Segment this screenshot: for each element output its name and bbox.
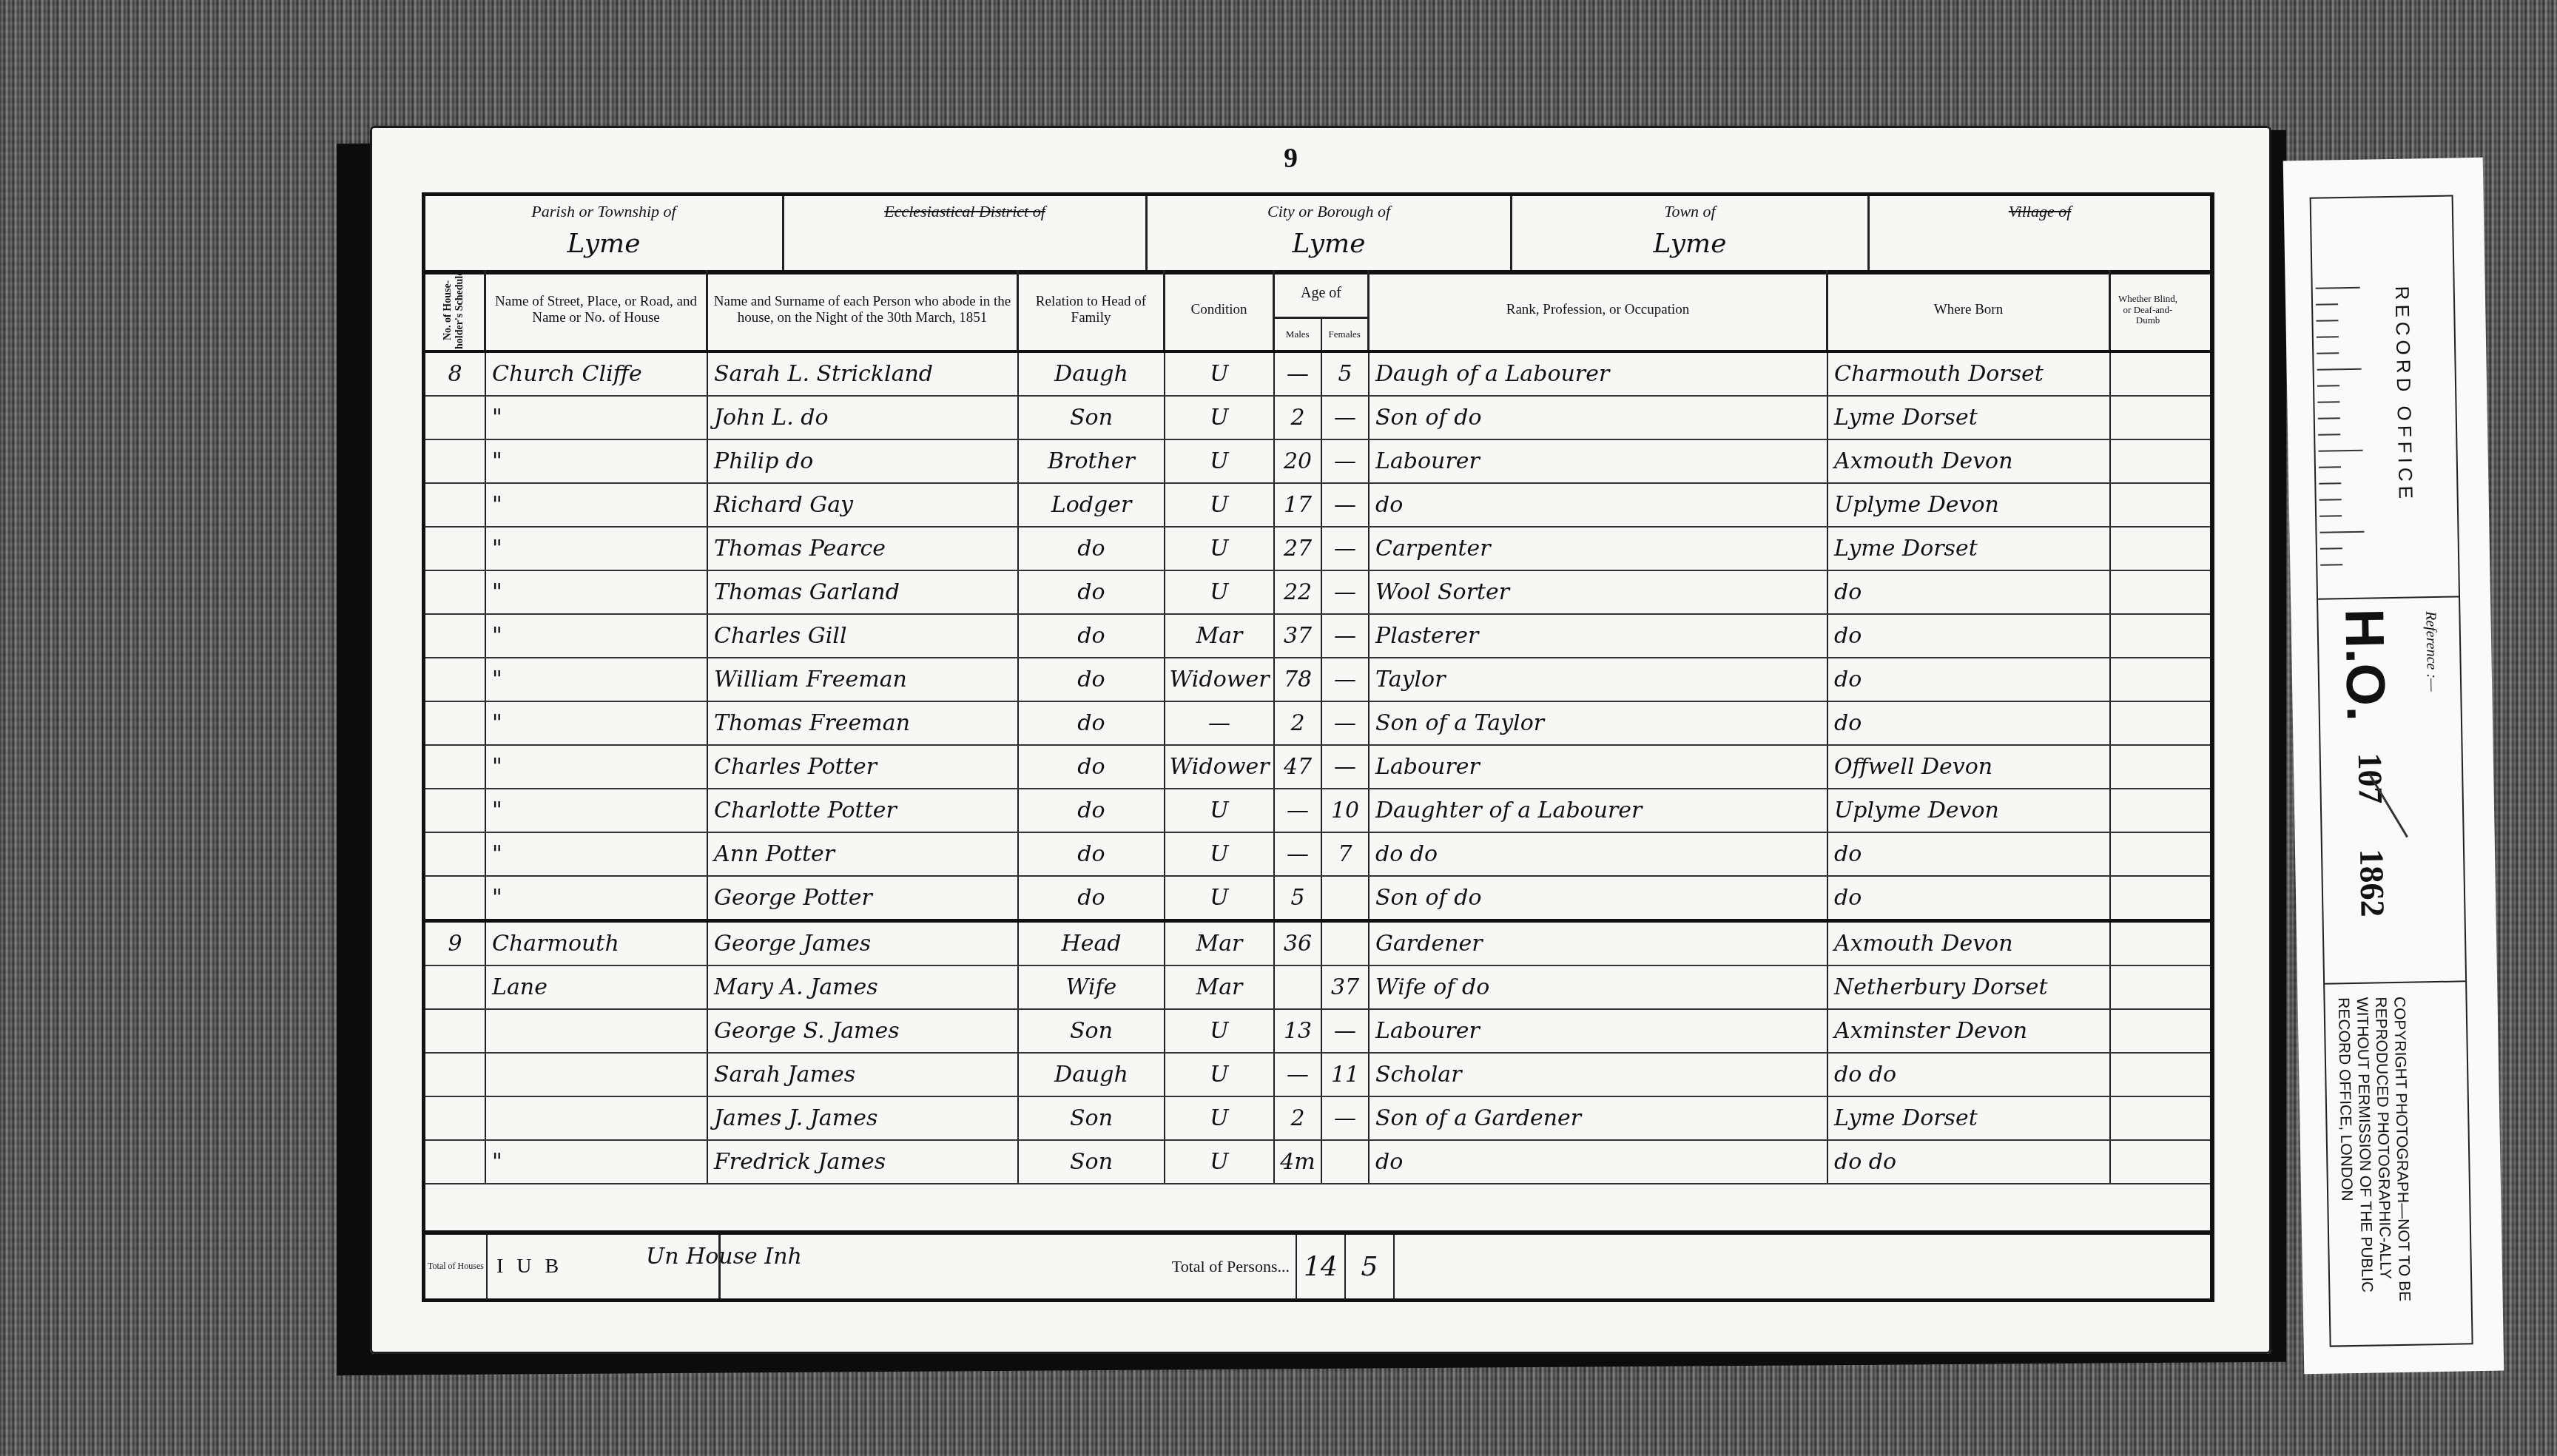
street-cell: " <box>486 833 708 875</box>
occupation-cell: Wool Sorter <box>1370 571 1828 613</box>
where-born-cell: do do <box>1828 1054 2111 1096</box>
relation-cell: Lodger <box>1019 484 1165 526</box>
age-male-cell: 78 <box>1275 658 1322 701</box>
age-female-cell: — <box>1322 1097 1370 1139</box>
ruler-tick <box>2320 515 2342 517</box>
occupation-cell: Son of a Taylor <box>1370 702 1828 744</box>
where-born-cell: Axminster Devon <box>1828 1010 2111 1052</box>
relation-cell: Wife <box>1019 966 1165 1008</box>
table-row: George S. JamesSonU13—LabourerAxminster … <box>425 1010 2210 1054</box>
col-age: Age of MalesFemales <box>1275 270 1370 350</box>
table-row: "Philip doBrotherU20—LabourerAxmouth Dev… <box>425 440 2210 484</box>
age-male-cell: 17 <box>1275 484 1322 526</box>
schedule-no-cell <box>425 528 486 570</box>
age-male-cell: 37 <box>1275 615 1322 657</box>
census-form: Parish or Township of Lyme Ecclesiastica… <box>422 192 2214 1302</box>
ruler-tick <box>2317 336 2339 338</box>
column-headers: No. of House-holder's Schedule Name of S… <box>425 270 2210 353</box>
relation-cell: do <box>1019 702 1165 744</box>
schedule-no-cell <box>425 833 486 875</box>
condition-cell: U <box>1165 1097 1275 1139</box>
total-persons-label: Total of Persons... <box>721 1235 1296 1298</box>
ruler-tick <box>2317 385 2339 387</box>
name-cell: George James <box>708 923 1019 965</box>
census-page: 9 Parish or Township of Lyme Ecclesiasti… <box>370 126 2271 1354</box>
table-row: "John L. doSonU2—Son of doLyme Dorset <box>425 397 2210 440</box>
occupation-cell: Taylor <box>1370 658 1828 701</box>
occupation-cell: Gardener <box>1370 923 1828 965</box>
where-born-cell: do <box>1828 658 2111 701</box>
blind-deaf-cell <box>2111 1054 2185 1096</box>
village-label: Village of <box>1870 202 2210 221</box>
table-row: LaneMary A. JamesWifeMar37Wife of doNeth… <box>425 966 2210 1010</box>
relation-cell: do <box>1019 571 1165 613</box>
age-female-cell <box>1322 923 1370 965</box>
total-females: 5 <box>1344 1235 1393 1298</box>
street-cell: " <box>486 440 708 482</box>
females-label: Females <box>1322 319 1368 350</box>
parish-label: Parish or Township of <box>425 202 782 221</box>
age-male-cell: 2 <box>1275 397 1322 439</box>
condition-cell: U <box>1165 440 1275 482</box>
ruler-tick <box>2319 482 2341 485</box>
town-label: Town of <box>1512 202 1867 221</box>
totals-spacer <box>1393 1235 2210 1298</box>
age-female-cell <box>1322 877 1370 919</box>
schedule-no-cell <box>425 484 486 526</box>
col-where-born: Where Born <box>1828 270 2111 350</box>
borough-value: Lyme <box>1148 229 1510 259</box>
ecclesiastical-cell: Ecclesiastical District of <box>784 196 1148 270</box>
condition-cell: U <box>1165 397 1275 439</box>
street-cell: " <box>486 484 708 526</box>
schedule-no-cell <box>425 966 486 1008</box>
street-cell: " <box>486 877 708 919</box>
census-rows: 8Church CliffeSarah L. StricklandDaughU—… <box>425 353 2210 1184</box>
schedule-no-cell <box>425 397 486 439</box>
reference-box: Reference :— H.O. 107 1862 <box>2318 596 2465 984</box>
parish-value: Lyme <box>425 229 782 259</box>
age-female-cell: — <box>1322 746 1370 788</box>
relation-cell: do <box>1019 746 1165 788</box>
condition-cell: Mar <box>1165 966 1275 1008</box>
name-cell: Richard Gay <box>708 484 1019 526</box>
table-row: "Ann PotterdoU—7do dodo <box>425 833 2210 877</box>
name-cell: Thomas Freeman <box>708 702 1019 744</box>
total-houses-values: I U B <box>488 1235 721 1298</box>
street-cell: " <box>486 702 708 744</box>
name-cell: Thomas Pearce <box>708 528 1019 570</box>
age-female-cell: — <box>1322 1010 1370 1052</box>
blind-deaf-cell <box>2111 615 2185 657</box>
ruler-tick <box>2317 401 2339 403</box>
copyright-notice: COPYRIGHT PHOTOGRAPH—NOT TO BE REPRODUCE… <box>2334 997 2414 1346</box>
totals-row: Total of Houses I U B Total of Persons..… <box>425 1230 2210 1298</box>
schedule-no-cell <box>425 615 486 657</box>
name-cell: Fredrick James <box>708 1141 1019 1183</box>
blind-deaf-cell <box>2111 1010 2185 1052</box>
age-female-cell: — <box>1322 440 1370 482</box>
table-row: 8Church CliffeSarah L. StricklandDaughU—… <box>425 353 2210 397</box>
condition-cell: — <box>1165 702 1275 744</box>
where-born-cell: do <box>1828 615 2111 657</box>
blind-deaf-cell <box>2111 789 2185 832</box>
occupation-cell: Son of do <box>1370 397 1828 439</box>
age-male-cell: 47 <box>1275 746 1322 788</box>
occupation-cell: do do <box>1370 833 1828 875</box>
age-male-cell <box>1275 966 1322 1008</box>
condition-cell: Mar <box>1165 923 1275 965</box>
age-male-cell: 5 <box>1275 877 1322 919</box>
ruler-tick <box>2316 287 2360 289</box>
age-female-cell: — <box>1322 484 1370 526</box>
where-born-cell: Axmouth Devon <box>1828 440 2111 482</box>
street-cell: Lane <box>486 966 708 1008</box>
street-cell <box>486 1054 708 1096</box>
ruler-tick <box>2320 564 2342 566</box>
col-relation: Relation to Head of Family <box>1019 270 1165 350</box>
occupation-cell: Wife of do <box>1370 966 1828 1008</box>
table-row: "Charles GilldoMar37—Plastererdo <box>425 615 2210 658</box>
table-row: 9CharmouthGeorge JamesHeadMar36GardenerA… <box>425 923 2210 966</box>
age-female-cell: — <box>1322 571 1370 613</box>
blind-deaf-cell <box>2111 1141 2185 1183</box>
total-males: 14 <box>1296 1235 1344 1298</box>
occupation-cell: Plasterer <box>1370 615 1828 657</box>
street-cell <box>486 1097 708 1139</box>
age-male-cell: 22 <box>1275 571 1322 613</box>
schedule-no-cell <box>425 789 486 832</box>
occupation-cell: Labourer <box>1370 1010 1828 1052</box>
blind-deaf-cell <box>2111 1097 2185 1139</box>
where-born-cell: Offwell Devon <box>1828 746 2111 788</box>
where-born-cell: Axmouth Devon <box>1828 923 2111 965</box>
name-cell: Charles Gill <box>708 615 1019 657</box>
schedule-no-cell <box>425 440 486 482</box>
page-number: 9 <box>1284 142 1298 175</box>
schedule-no-cell <box>425 877 486 919</box>
occupation-cell: Scholar <box>1370 1054 1828 1096</box>
parish-cell: Parish or Township of Lyme <box>425 196 784 270</box>
where-born-cell: do <box>1828 877 2111 919</box>
record-office-label: RECORD OFFICE <box>2391 286 2417 503</box>
occupation-cell: do <box>1370 1141 1828 1183</box>
ruler-tick <box>2320 547 2342 550</box>
street-cell: " <box>486 571 708 613</box>
where-born-cell: Lyme Dorset <box>1828 397 2111 439</box>
blind-deaf-cell <box>2111 484 2185 526</box>
scale-ruler: RECORD OFFICE <box>2311 197 2459 600</box>
street-cell <box>486 1010 708 1052</box>
table-row: "Richard GayLodgerU17—doUplyme Devon <box>425 484 2210 528</box>
relation-cell: do <box>1019 615 1165 657</box>
name-cell: Sarah James <box>708 1054 1019 1096</box>
blind-deaf-cell <box>2111 966 2185 1008</box>
name-cell: Sarah L. Strickland <box>708 353 1019 395</box>
blind-deaf-cell <box>2111 528 2185 570</box>
col-street: Name of Street, Place, or Road, and Name… <box>486 270 708 350</box>
blind-deaf-cell <box>2111 833 2185 875</box>
age-male-cell: 4m <box>1275 1141 1322 1183</box>
relation-cell: Son <box>1019 397 1165 439</box>
where-born-cell: do <box>1828 833 2111 875</box>
occupation-cell: Carpenter <box>1370 528 1828 570</box>
table-row: "Thomas PearcedoU27—CarpenterLyme Dorset <box>425 528 2210 571</box>
blind-deaf-cell <box>2111 923 2185 965</box>
condition-cell: U <box>1165 877 1275 919</box>
ruler-tick <box>2318 417 2340 419</box>
total-houses-label: Total of Houses <box>425 1235 488 1298</box>
age-male-cell: 20 <box>1275 440 1322 482</box>
age-male-cell: 2 <box>1275 702 1322 744</box>
relation-cell: do <box>1019 789 1165 832</box>
where-born-cell: Lyme Dorset <box>1828 1097 2111 1139</box>
table-row: "Fredrick JamesSonU4mdodo do <box>425 1141 2210 1184</box>
where-born-cell: Lyme Dorset <box>1828 528 2111 570</box>
name-cell: Charlotte Potter <box>708 789 1019 832</box>
relation-cell: Son <box>1019 1141 1165 1183</box>
ecclesiastical-label: Ecclesiastical District of <box>784 202 1145 221</box>
age-female-cell: — <box>1322 397 1370 439</box>
blind-deaf-cell <box>2111 658 2185 701</box>
age-female-cell <box>1322 1141 1370 1183</box>
blind-deaf-cell <box>2111 440 2185 482</box>
relation-cell: do <box>1019 658 1165 701</box>
where-born-cell: Netherbury Dorset <box>1828 966 2111 1008</box>
schedule-no-cell <box>425 746 486 788</box>
condition-cell: Mar <box>1165 615 1275 657</box>
age-male-cell: 27 <box>1275 528 1322 570</box>
name-cell: William Freeman <box>708 658 1019 701</box>
blind-deaf-cell <box>2111 877 2185 919</box>
age-female-cell: 10 <box>1322 789 1370 832</box>
schedule-no-cell: 8 <box>425 353 486 395</box>
name-cell: George Potter <box>708 877 1019 919</box>
ruler-tick <box>2317 352 2339 354</box>
age-female-cell: 37 <box>1322 966 1370 1008</box>
blind-deaf-cell <box>2111 397 2185 439</box>
table-row: Sarah JamesDaughU—11Scholardo do <box>425 1054 2210 1097</box>
town-value: Lyme <box>1512 229 1867 259</box>
header-band: Parish or Township of Lyme Ecclesiastica… <box>425 196 2210 274</box>
ruler-tick <box>2316 303 2338 306</box>
houses-uninhabited: U <box>516 1255 531 1278</box>
where-born-cell: Uplyme Devon <box>1828 484 2111 526</box>
age-female-cell: — <box>1322 528 1370 570</box>
occupation-cell: Labourer <box>1370 746 1828 788</box>
blind-deaf-cell <box>2111 353 2185 395</box>
street-cell: " <box>486 1141 708 1183</box>
street-cell: " <box>486 528 708 570</box>
name-cell: Thomas Garland <box>708 571 1019 613</box>
schedule-no-cell <box>425 1141 486 1183</box>
reference-piece: 1862 <box>2352 849 2393 917</box>
age-female-cell: — <box>1322 702 1370 744</box>
where-born-cell: do do <box>1828 1141 2111 1183</box>
table-row: James J. JamesSonU2—Son of a GardenerLym… <box>425 1097 2210 1141</box>
relation-cell: Son <box>1019 1010 1165 1052</box>
ruler-tick <box>2316 320 2338 322</box>
name-cell: James J. James <box>708 1097 1019 1139</box>
males-label: Males <box>1275 319 1322 350</box>
condition-cell: Widower <box>1165 658 1275 701</box>
table-row: "Charlotte PotterdoU—10Daughter of a Lab… <box>425 789 2210 833</box>
name-cell: Mary A. James <box>708 966 1019 1008</box>
condition-cell: U <box>1165 353 1275 395</box>
street-cell: " <box>486 746 708 788</box>
schedule-no-cell: 9 <box>425 923 486 965</box>
occupation-cell: Son of do <box>1370 877 1828 919</box>
borough-label: City or Borough of <box>1148 202 1510 221</box>
age-female-cell: 11 <box>1322 1054 1370 1096</box>
name-cell: Charles Potter <box>708 746 1019 788</box>
condition-cell: U <box>1165 789 1275 832</box>
blind-deaf-cell <box>2111 746 2185 788</box>
blind-deaf-cell <box>2111 702 2185 744</box>
relation-cell: do <box>1019 833 1165 875</box>
relation-cell: Daugh <box>1019 1054 1165 1096</box>
age-male-cell: 36 <box>1275 923 1322 965</box>
relation-cell: do <box>1019 528 1165 570</box>
occupation-cell: do <box>1370 484 1828 526</box>
name-cell: George S. James <box>708 1010 1019 1052</box>
occupation-cell: Daughter of a Labourer <box>1370 789 1828 832</box>
condition-cell: U <box>1165 484 1275 526</box>
condition-cell: Widower <box>1165 746 1275 788</box>
relation-cell: Brother <box>1019 440 1165 482</box>
col-name: Name and Surname of each Person who abod… <box>708 270 1019 350</box>
condition-cell: U <box>1165 833 1275 875</box>
condition-cell: U <box>1165 1141 1275 1183</box>
table-row: "William FreemandoWidower78—Taylordo <box>425 658 2210 702</box>
condition-cell: U <box>1165 571 1275 613</box>
relation-cell: Daugh <box>1019 353 1165 395</box>
reference-label: Reference :— <box>2422 611 2440 692</box>
ruler-tick <box>2320 499 2342 501</box>
age-male-cell: — <box>1275 789 1322 832</box>
condition-cell: U <box>1165 528 1275 570</box>
occupation-cell: Labourer <box>1370 440 1828 482</box>
age-female-cell: — <box>1322 615 1370 657</box>
col-occupation: Rank, Profession, or Occupation <box>1370 270 1828 350</box>
age-male-cell: — <box>1275 833 1322 875</box>
relation-cell: Son <box>1019 1097 1165 1139</box>
ruler-tick <box>2319 466 2341 468</box>
ruler-tick <box>2319 450 2363 452</box>
name-cell: Ann Potter <box>708 833 1019 875</box>
age-of-label: Age of <box>1275 270 1367 319</box>
street-cell: " <box>486 658 708 701</box>
age-female-cell: 7 <box>1322 833 1370 875</box>
col-condition: Condition <box>1165 270 1275 350</box>
where-born-cell: Uplyme Devon <box>1828 789 2111 832</box>
relation-cell: Head <box>1019 923 1165 965</box>
age-male-cell: — <box>1275 353 1322 395</box>
col-blind-deaf: Whether Blind, or Deaf-and-Dumb <box>2111 270 2185 350</box>
street-cell: Charmouth <box>486 923 708 965</box>
where-born-cell: do <box>1828 571 2111 613</box>
blind-deaf-cell <box>2111 571 2185 613</box>
age-male-cell: 13 <box>1275 1010 1322 1052</box>
name-cell: Philip do <box>708 440 1019 482</box>
schedule-no-cell <box>425 1054 486 1096</box>
borough-cell: City or Borough of Lyme <box>1148 196 1512 270</box>
age-male-cell: 2 <box>1275 1097 1322 1139</box>
table-row: "Thomas GarlanddoU22—Wool Sorterdo <box>425 571 2210 615</box>
occupation-cell: Son of a Gardener <box>1370 1097 1828 1139</box>
schedule-no-cell <box>425 658 486 701</box>
table-row: "George PotterdoU5Son of dodo <box>425 877 2210 923</box>
ruler-tick <box>2320 531 2364 533</box>
table-row: "Thomas Freemando—2—Son of a Taylordo <box>425 702 2210 746</box>
col-schedule-no: No. of House-holder's Schedule <box>425 270 486 350</box>
street-cell: " <box>486 789 708 832</box>
street-cell: Church Cliffe <box>486 353 708 395</box>
ruler-tick <box>2317 368 2362 371</box>
age-male-cell: — <box>1275 1054 1322 1096</box>
table-row: "Charles PotterdoWidower47—LabourerOffwe… <box>425 746 2210 789</box>
reference-slip: RECORD OFFICE Reference :— H.O. 107 1862… <box>2283 158 2504 1374</box>
ruler-tick <box>2318 434 2340 436</box>
houses-inhabited: I <box>496 1255 503 1278</box>
relation-cell: do <box>1019 877 1165 919</box>
where-born-cell: do <box>1828 702 2111 744</box>
condition-cell: U <box>1165 1010 1275 1052</box>
age-female-cell: 5 <box>1322 353 1370 395</box>
occupation-cell: Daugh of a Labourer <box>1370 353 1828 395</box>
street-cell: " <box>486 397 708 439</box>
age-female-cell: — <box>1322 658 1370 701</box>
schedule-no-cell <box>425 702 486 744</box>
street-cell: " <box>486 615 708 657</box>
town-cell: Town of Lyme <box>1512 196 1870 270</box>
where-born-cell: Charmouth Dorset <box>1828 353 2111 395</box>
name-cell: John L. do <box>708 397 1019 439</box>
schedule-no-cell <box>425 1097 486 1139</box>
condition-cell: U <box>1165 1054 1275 1096</box>
schedule-no-cell <box>425 571 486 613</box>
schedule-no-cell <box>425 1010 486 1052</box>
village-cell: Village of <box>1870 196 2210 270</box>
reference-code: H.O. <box>2337 608 2393 721</box>
houses-building: B <box>545 1255 559 1278</box>
